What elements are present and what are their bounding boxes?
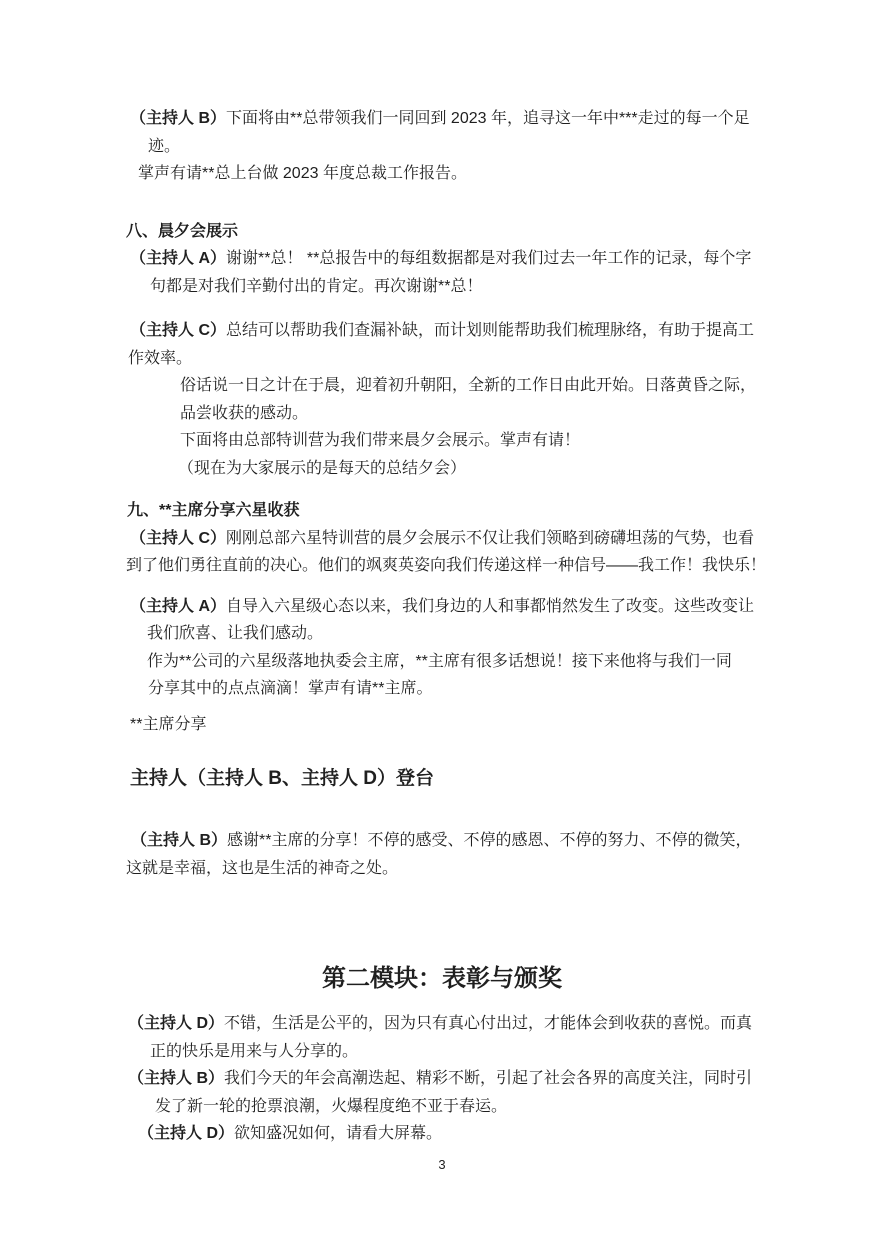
line-text: 下面将由**总带领我们一同回到 2023 年，追寻这一年中***走过的每一个足 xyxy=(226,110,750,127)
stage-heading: 主持人（主持人 B、主持人 D）登台 xyxy=(130,762,884,796)
line-text: 不错，生活是公平的，因为只有真心付出过，才能体会到收获的喜悦。而真 xyxy=(224,1015,752,1032)
speaker-label: （主持人 A） xyxy=(130,250,226,267)
chairman-share-line: **主席分享 xyxy=(130,711,884,739)
line-text: 正的快乐是用来与人分享的。 xyxy=(150,1043,358,1060)
line-text: 总结可以帮助我们查漏补缺，而计划则能帮助我们梳理脉络，有助于提高工 xyxy=(226,322,754,339)
script-paragraph: （主持人 C）刚刚总部六星特训营的晨夕会展示不仅让我们领略到磅礴坦荡的气势，也看… xyxy=(0,525,884,580)
speaker-label: （主持人 A） xyxy=(130,598,226,615)
line-text: 分享其中的点点滴滴！掌声有请**主席。 xyxy=(148,680,432,697)
script-line: 迹。 xyxy=(148,133,884,161)
line-text: 感谢**主席的分享！不停的感受、不停的感恩、不停的努力、不停的微笑， xyxy=(227,832,751,849)
line-text: 下面将由总部特训营为我们带来晨夕会展示。掌声有请！ xyxy=(180,432,580,449)
script-line: 分享其中的点点滴滴！掌声有请**主席。 xyxy=(148,675,884,703)
line-text: 迹。 xyxy=(148,138,180,155)
line-text: 我们欣喜、让我们感动。 xyxy=(147,625,323,642)
page-number: 3 xyxy=(0,1154,884,1176)
script-paragraph: （主持人 C）总结可以帮助我们查漏补缺，而计划则能帮助我们梳理脉络，有助于提高工… xyxy=(0,317,884,482)
script-line: 作效率。 xyxy=(128,345,884,373)
speaker-label: （主持人 D） xyxy=(138,1125,234,1142)
line-text: 到了他们勇往直前的决心。他们的飒爽英姿向我们传递这样一种信号——我工作！我快乐！ xyxy=(126,557,766,574)
script-paragraph: （主持人 A）自导入六星级心态以来，我们身边的人和事都悄然发生了改变。这些改变让… xyxy=(0,593,884,703)
speaker-label: （主持人 B） xyxy=(128,1070,224,1087)
script-line: （主持人 B）下面将由**总带领我们一同回到 2023 年，追寻这一年中***走… xyxy=(130,105,884,133)
line-text: 欲知盛况如何，请看大屏幕。 xyxy=(234,1125,442,1142)
script-line: 掌声有请**总上台做 2023 年度总裁工作报告。 xyxy=(138,160,884,188)
script-paragraph: （主持人 D）不错，生活是公平的，因为只有真心付出过，才能体会到收获的喜悦。而真… xyxy=(0,1010,884,1148)
script-line: 俗话说一日之计在于晨，迎着初升朝阳，全新的工作日由此开始。日落黄昏之际， xyxy=(180,372,884,400)
line-text: 作效率。 xyxy=(128,350,192,367)
script-paragraph: （主持人 B）感谢**主席的分享！不停的感受、不停的感恩、不停的努力、不停的微笑… xyxy=(0,827,884,882)
module-heading: 第二模块：表彰与颁奖 xyxy=(0,958,884,1000)
section-heading-8: 八、晨夕会展示 xyxy=(126,218,884,246)
script-line: 正的快乐是用来与人分享的。 xyxy=(150,1038,884,1066)
script-line: 发了新一轮的抢票浪潮，火爆程度绝不亚于春运。 xyxy=(155,1093,884,1121)
script-line: 品尝收获的感动。 xyxy=(180,400,884,428)
line-text: 刚刚总部六星特训营的晨夕会展示不仅让我们领略到磅礴坦荡的气势，也看 xyxy=(226,530,754,547)
line-text: 品尝收获的感动。 xyxy=(180,405,308,422)
script-line: 下面将由总部特训营为我们带来晨夕会展示。掌声有请！ xyxy=(180,427,884,455)
section-heading-9: 九、**主席分享六星收获 xyxy=(127,497,884,525)
script-line: （主持人 A）谢谢**总！ **总报告中的每组数据都是对我们过去一年工作的记录，… xyxy=(130,245,884,273)
script-line: （主持人 A）自导入六星级心态以来，我们身边的人和事都悄然发生了改变。这些改变让 xyxy=(130,593,884,621)
line-text: 这就是幸福，这也是生活的神奇之处。 xyxy=(126,860,398,877)
script-paragraph: （主持人 A）谢谢**总！ **总报告中的每组数据都是对我们过去一年工作的记录，… xyxy=(0,245,884,300)
line-text: 我们今天的年会高潮迭起、精彩不断，引起了社会各界的高度关注，同时引 xyxy=(224,1070,752,1087)
line-text: 掌声有请**总上台做 2023 年度总裁工作报告。 xyxy=(138,165,467,182)
script-paragraph: （主持人 B）下面将由**总带领我们一同回到 2023 年，追寻这一年中***走… xyxy=(0,105,884,188)
script-line: 到了他们勇往直前的决心。他们的飒爽英姿向我们传递这样一种信号——我工作！我快乐！ xyxy=(126,552,884,580)
script-line: （主持人 B）感谢**主席的分享！不停的感受、不停的感恩、不停的努力、不停的微笑… xyxy=(131,827,884,855)
script-line: （主持人 C）总结可以帮助我们查漏补缺，而计划则能帮助我们梳理脉络，有助于提高工 xyxy=(130,317,884,345)
script-line: 句都是对我们辛勤付出的肯定。再次谢谢**总！ xyxy=(150,273,884,301)
script-line: （主持人 D）欲知盛况如何，请看大屏幕。 xyxy=(138,1120,884,1148)
line-text: 作为**公司的六星级落地执委会主席，**主席有很多话想说！接下来他将与我们一同 xyxy=(147,653,732,670)
line-text: 自导入六星级心态以来，我们身边的人和事都悄然发生了改变。这些改变让 xyxy=(226,598,754,615)
script-line: 我们欣喜、让我们感动。 xyxy=(147,620,884,648)
script-line: （现在为大家展示的是每天的总结夕会） xyxy=(178,455,884,483)
speaker-label: （主持人 C） xyxy=(130,530,226,547)
line-text: 句都是对我们辛勤付出的肯定。再次谢谢**总！ xyxy=(150,278,482,295)
script-line: 这就是幸福，这也是生活的神奇之处。 xyxy=(126,855,884,883)
script-line: （主持人 B）我们今天的年会高潮迭起、精彩不断，引起了社会各界的高度关注，同时引 xyxy=(128,1065,884,1093)
speaker-label: （主持人 D） xyxy=(128,1015,224,1032)
line-text: 谢谢**总！ **总报告中的每组数据都是对我们过去一年工作的记录，每个字 xyxy=(226,250,751,267)
script-line: 作为**公司的六星级落地执委会主席，**主席有很多话想说！接下来他将与我们一同 xyxy=(147,648,884,676)
speaker-label: （主持人 B） xyxy=(131,832,227,849)
speaker-label: （主持人 C） xyxy=(130,322,226,339)
script-line: （主持人 C）刚刚总部六星特训营的晨夕会展示不仅让我们领略到磅礴坦荡的气势，也看 xyxy=(130,525,884,553)
line-text: 俗话说一日之计在于晨，迎着初升朝阳，全新的工作日由此开始。日落黄昏之际， xyxy=(180,377,756,394)
line-text: 发了新一轮的抢票浪潮，火爆程度绝不亚于春运。 xyxy=(155,1098,507,1115)
document-page: （主持人 B）下面将由**总带领我们一同回到 2023 年，追寻这一年中***走… xyxy=(0,0,884,1250)
speaker-label: （主持人 B） xyxy=(130,110,226,127)
script-line: （主持人 D）不错，生活是公平的，因为只有真心付出过，才能体会到收获的喜悦。而真 xyxy=(128,1010,884,1038)
line-text: （现在为大家展示的是每天的总结夕会） xyxy=(178,460,466,477)
